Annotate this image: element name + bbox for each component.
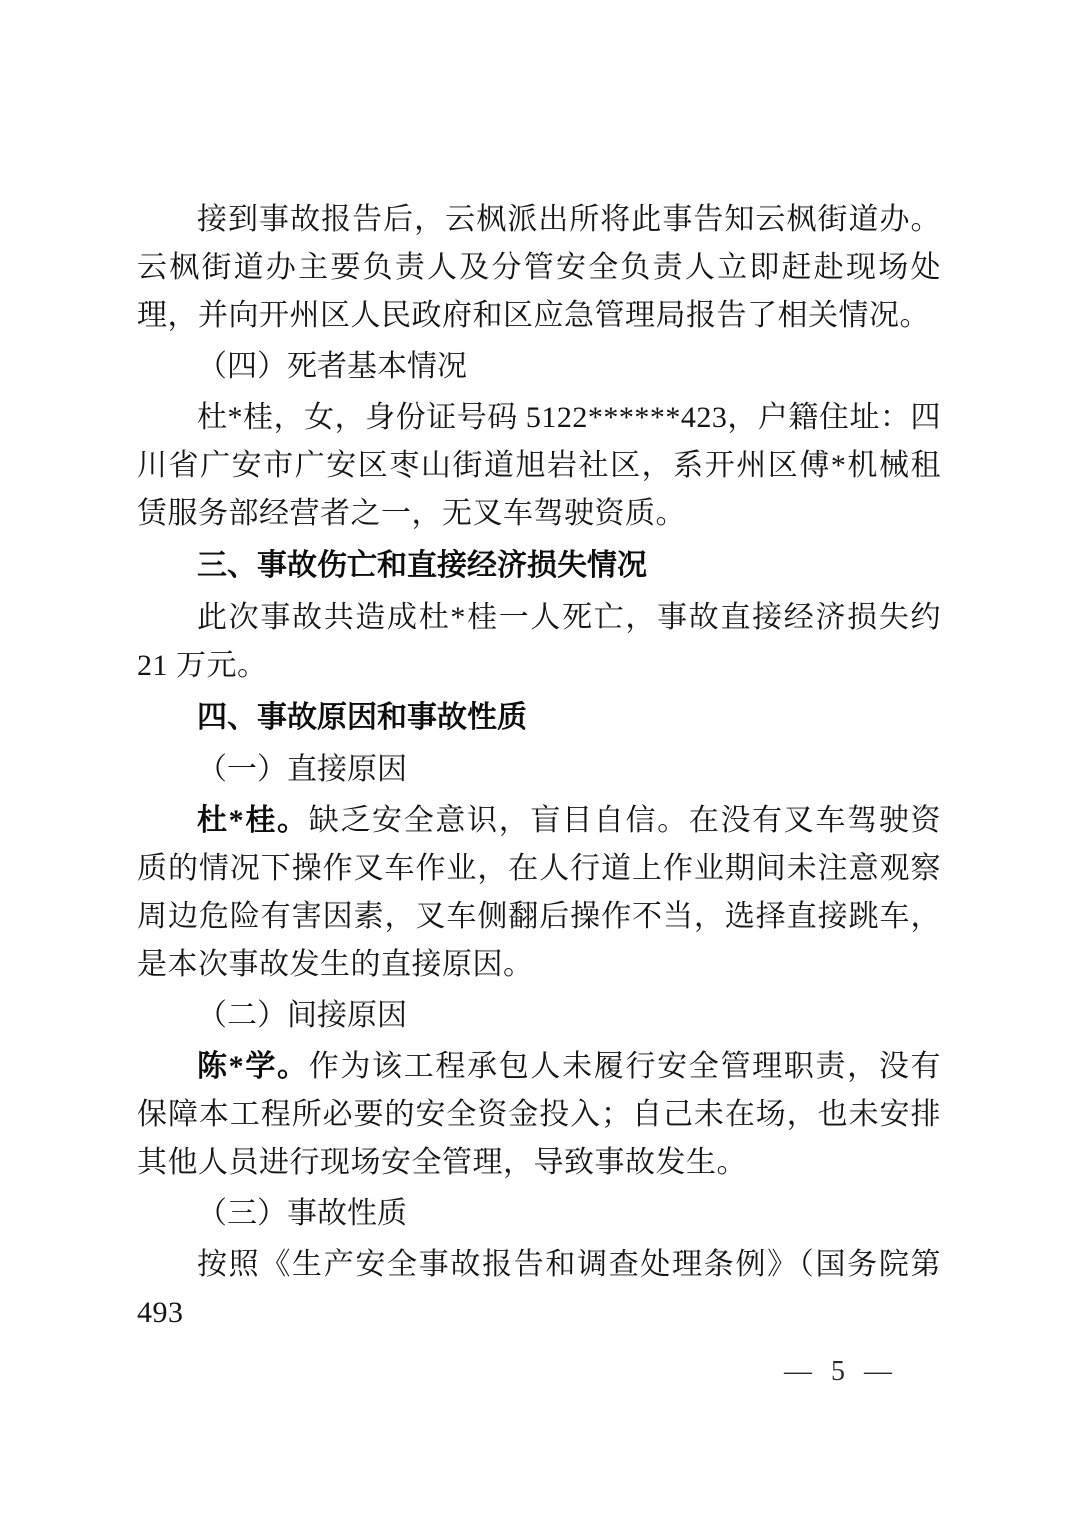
paragraph-loss-info: 此次事故共造成杜*桂一人死亡，事故直接经济损失约 21 万元。 (137, 594, 941, 690)
paragraph-accident-nature: 按照《生产安全事故报告和调查处理条例》（国务院第 493 (137, 1241, 941, 1337)
paragraph-indirect-cause: 陈*学。作为该工程承包人未履行安全管理职责，没有保障本工程所必要的安全资金投入；… (137, 1043, 941, 1187)
subheading-indirect-cause: （二）间接原因 (137, 992, 941, 1040)
paragraph-direct-cause: 杜*桂。缺乏安全意识，盲目自信。在没有叉车驾驶资质的情况下操作叉车作业，在人行道… (137, 797, 941, 989)
document-body: 接到事故报告后，云枫派出所将此事告知云枫街道办。云枫街道办主要负责人及分管安全负… (137, 196, 941, 1337)
indirect-cause-person-name: 陈*学。 (197, 1050, 309, 1083)
section-heading-cause-nature: 四、事故原因和事故性质 (137, 694, 941, 742)
section-heading-casualty-loss: 三、事故伤亡和直接经济损失情况 (137, 542, 941, 590)
subheading-direct-cause: （一）直接原因 (137, 746, 941, 794)
subheading-accident-nature: （三）事故性质 (137, 1190, 941, 1238)
subheading-victim-basic-info: （四）死者基本情况 (137, 343, 941, 391)
page-number: — 5 — (784, 1352, 898, 1392)
paragraph-victim-info: 杜*桂，女，身份证号码 5122******423，户籍住址：四川省广安市广安区… (137, 394, 941, 538)
paragraph-report-notify: 接到事故报告后，云枫派出所将此事告知云枫街道办。云枫街道办主要负责人及分管安全负… (137, 196, 941, 340)
document-page: 接到事故报告后，云枫派出所将此事告知云枫街道办。云枫街道办主要负责人及分管安全负… (0, 0, 1074, 1520)
direct-cause-person-name: 杜*桂。 (197, 804, 309, 837)
